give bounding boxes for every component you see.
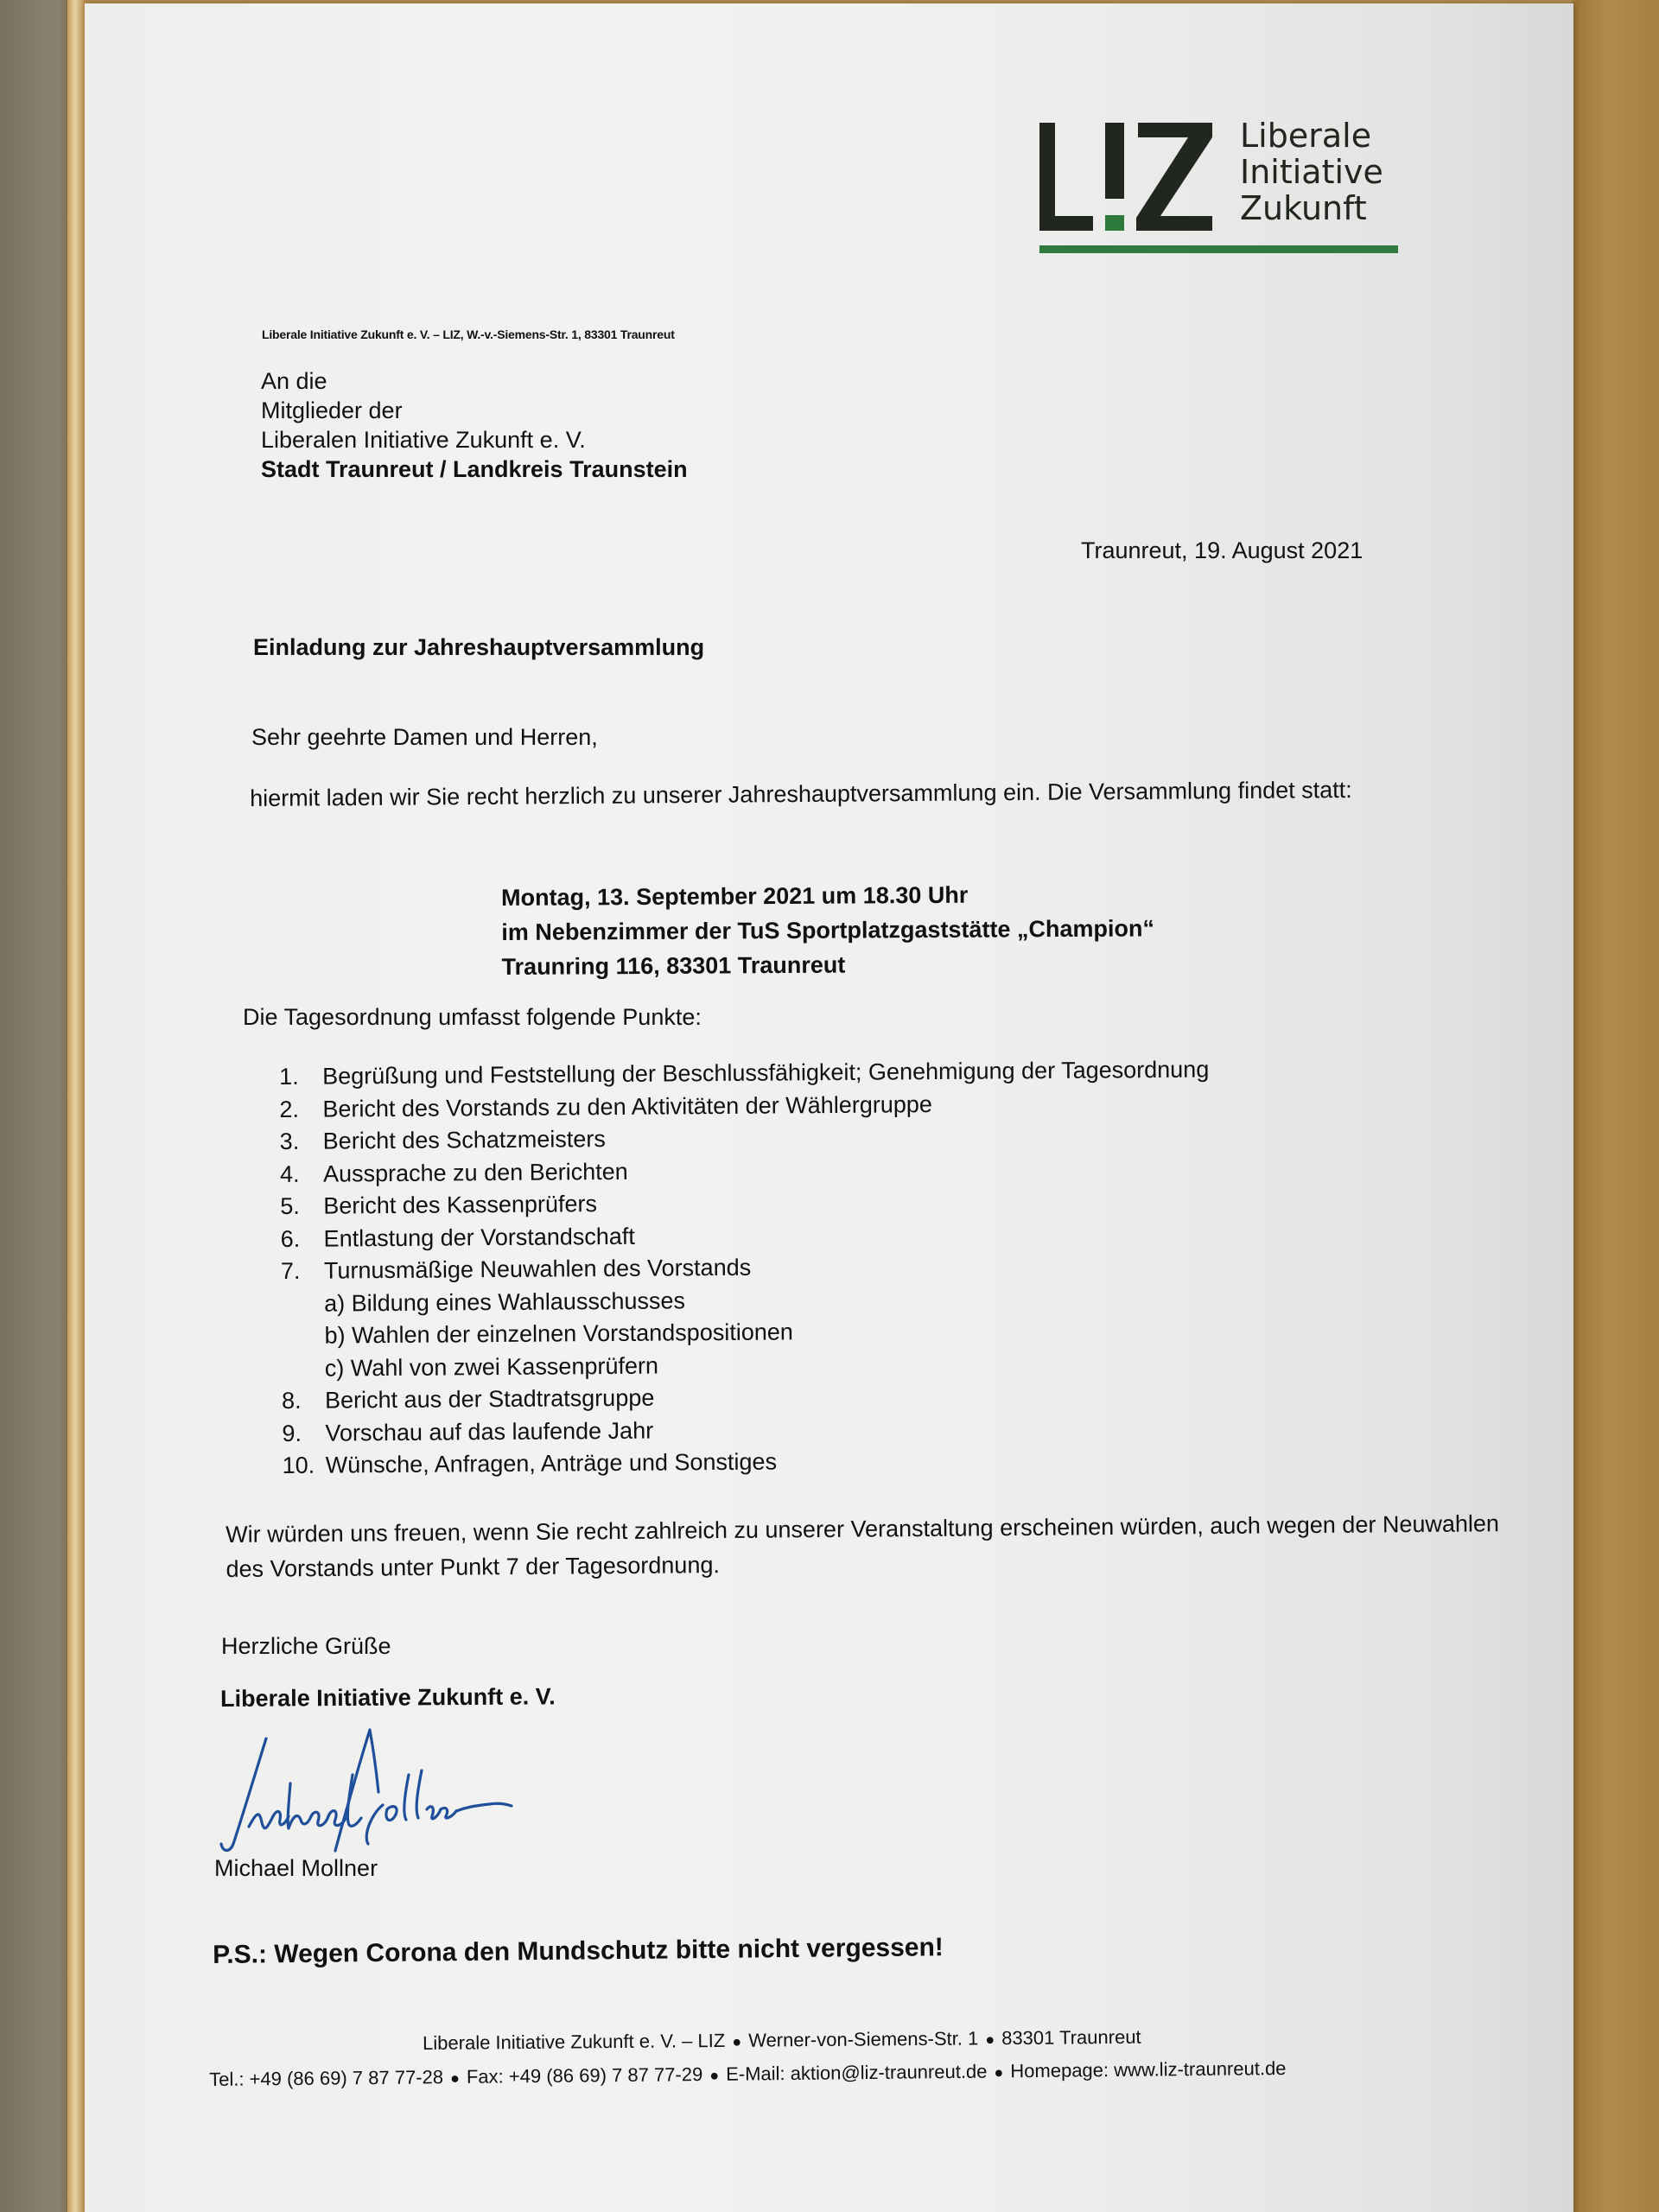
logo-letter-z: [1136, 123, 1214, 231]
agenda-list: 1.Begrüßung und Feststellung der Beschlu…: [279, 1054, 1212, 1483]
handwritten-signature: [214, 1723, 543, 1861]
agenda-item-text: Bericht des Kassenprüfers: [323, 1188, 597, 1223]
footer-phone: Tel.: +49 (86 69) 7 87 77-28: [209, 2066, 443, 2090]
agenda-item-text: Turnusmäßige Neuwahlen des Vorstands: [324, 1252, 752, 1287]
logo-line-2: Initiative: [1240, 154, 1383, 190]
recipient-line-3: Liberalen Initiative Zukunft e. V.: [261, 425, 688, 454]
intro-paragraph: hiermit laden wir Sie recht herzlich zu …: [250, 772, 1511, 816]
agenda-item-text: b) Wahlen der einzelnen Vorstandspositio…: [324, 1316, 793, 1352]
recipient-line-1: An die: [261, 366, 688, 396]
recipient-line-4: Stadt Traunreut / Landkreis Traunstein: [261, 454, 688, 484]
letter-page: Liberale Initiative Zukunft Liberale Ini…: [85, 3, 1573, 2212]
footer-fax: Fax: +49 (86 69) 7 87 77-29: [467, 2063, 703, 2088]
agenda-item-text: Vorschau auf das laufende Jahr: [325, 1414, 653, 1449]
agenda-item-text: Bericht des Vorstands zu den Aktivitäten…: [322, 1089, 932, 1126]
salutation: Sehr geehrte Damen und Herren,: [251, 724, 598, 751]
logo-line-3: Zukunft: [1240, 190, 1383, 226]
agenda-item-text: Entlastung der Vorstandschaft: [323, 1220, 635, 1255]
agenda-item-number: 4.: [280, 1158, 323, 1191]
bullet-separator-icon: ●: [985, 2031, 995, 2049]
agenda-item-number: 9.: [282, 1417, 325, 1450]
agenda-item-text: Wünsche, Anfragen, Anträge und Sonstiges: [326, 1446, 778, 1482]
bullet-separator-icon: ●: [450, 2069, 460, 2088]
logo-letter-l: [1039, 123, 1093, 231]
footer-contact-line: Tel.: +49 (86 69) 7 87 77-28●Fax: +49 (8…: [209, 2057, 1287, 2091]
background-table-right: [1573, 0, 1659, 2212]
liz-logo: Liberale Initiative Zukunft: [1039, 123, 1489, 261]
postscript-note: P.S.: Wegen Corona den Mundschutz bitte …: [213, 1933, 944, 1970]
agenda-item-text: a) Bildung eines Wahlausschusses: [324, 1285, 685, 1320]
footer-homepage: Homepage: www.liz-traunreut.de: [1010, 2057, 1286, 2082]
agenda-item-text: Bericht aus der Stadtratsgruppe: [325, 1382, 655, 1417]
event-datetime: Montag, 13. September 2021 um 18.30 Uhr: [501, 876, 1154, 915]
closing-paragraph: Wir würden uns freuen, wenn Sie recht za…: [226, 1506, 1522, 1586]
agenda-item-number: 10.: [283, 1450, 326, 1483]
letter-date: Traunreut, 19. August 2021: [1081, 537, 1363, 564]
event-details: Montag, 13. September 2021 um 18.30 Uhr …: [501, 876, 1154, 984]
signer-name: Michael Mollner: [214, 1855, 378, 1882]
agenda-item-number: 7.: [281, 1255, 324, 1288]
bullet-separator-icon: ●: [709, 2067, 719, 2085]
event-address: Traunring 116, 83301 Traunreut: [501, 945, 1154, 984]
greeting: Herzliche Grüße: [221, 1633, 391, 1660]
agenda-item-number: 5.: [280, 1191, 323, 1224]
agenda-item-number: 6.: [280, 1223, 323, 1255]
agenda-item-text: Bericht des Schatzmeisters: [323, 1123, 606, 1158]
agenda-item-text: c) Wahl von zwei Kassenprüfern: [325, 1350, 658, 1385]
logo-underline-bar: [1039, 245, 1398, 253]
agenda-item-number: 2.: [279, 1093, 322, 1126]
wooden-edge: [67, 0, 86, 2212]
liz-logo-mark-icon: [1039, 123, 1214, 231]
footer-address-line: Liberale Initiative Zukunft e. V. – LIZ●…: [423, 2026, 1141, 2055]
agenda-item-number: 1.: [279, 1061, 322, 1094]
signing-organization: Liberale Initiative Zukunft e. V.: [220, 1683, 556, 1713]
bullet-separator-icon: ●: [732, 2033, 741, 2051]
bullet-separator-icon: ●: [994, 2063, 1003, 2082]
logo-wordmark: Liberale Initiative Zukunft: [1240, 118, 1383, 226]
agenda-item-text: Aussprache zu den Berichten: [323, 1155, 628, 1190]
sender-return-address: Liberale Initiative Zukunft e. V. – LIZ,…: [262, 327, 675, 341]
logo-line-1: Liberale: [1240, 118, 1383, 154]
agenda-item: 10.Wünsche, Anfragen, Anträge und Sonsti…: [283, 1443, 1212, 1483]
event-location: im Nebenzimmer der TuS Sportplatzgaststä…: [501, 911, 1154, 950]
agenda-intro: Die Tagesordnung umfasst folgende Punkte…: [243, 1004, 702, 1031]
footer-city: 83301 Traunreut: [1001, 2026, 1141, 2049]
logo-exclamation: [1105, 123, 1124, 231]
footer-email: E-Mail: aktion@liz-traunreut.de: [726, 2061, 988, 2085]
letter-subject: Einladung zur Jahreshauptversammlung: [253, 634, 704, 661]
footer-street: Werner-von-Siemens-Str. 1: [748, 2027, 978, 2050]
agenda-item-number: 3.: [280, 1126, 323, 1159]
footer-org: Liberale Initiative Zukunft e. V. – LIZ: [423, 2030, 725, 2054]
agenda-item-number: 8.: [282, 1385, 325, 1418]
recipient-line-2: Mitglieder der: [261, 396, 688, 425]
recipient-address: An die Mitglieder der Liberalen Initiati…: [261, 366, 688, 484]
